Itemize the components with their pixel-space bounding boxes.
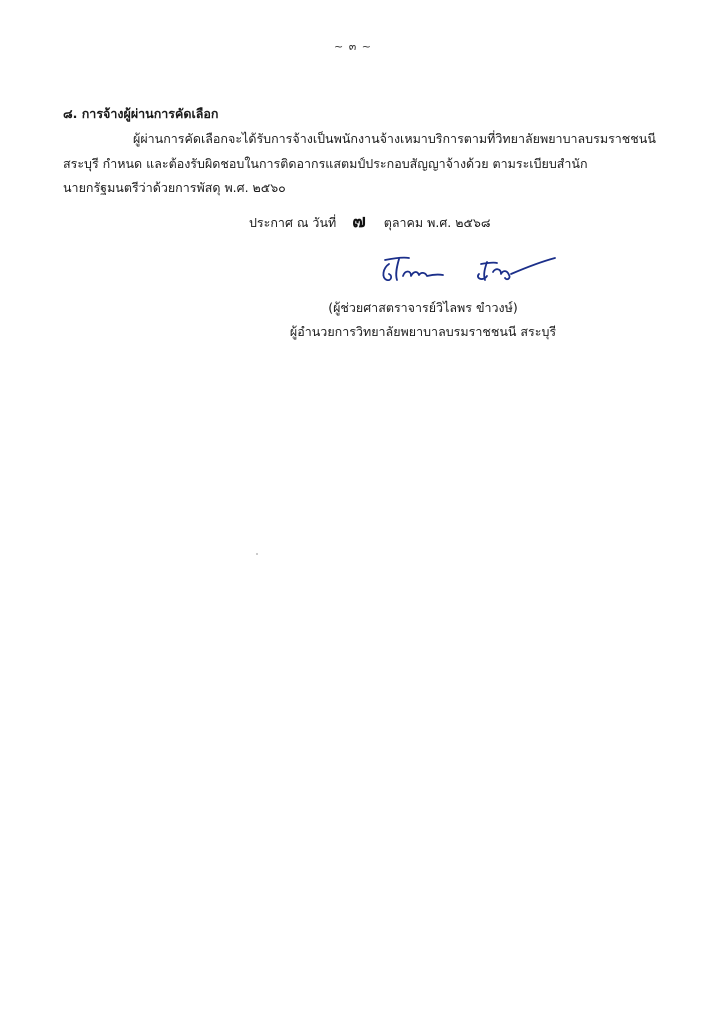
section-heading: ๘. การจ้างผู้ผ่านการคัดเลือก bbox=[63, 104, 219, 124]
paragraph-line-3: นายกรัฐมนตรีว่าด้วยการพัสดุ พ.ศ. ๒๕๖๐ bbox=[63, 178, 286, 198]
paragraph-line-2: สระบุรี กำหนด และต้องรับผิดชอบในการติดอา… bbox=[63, 154, 666, 174]
handwritten-signature-icon bbox=[375, 248, 565, 288]
signer-name: (ผู้ช่วยศาสตราจารย์วิไลพร ขำวงษ์) bbox=[0, 298, 706, 318]
document-page: ~ ๓ ~ ๘. การจ้างผู้ผ่านการคัดเลือก ผู้ผ่… bbox=[0, 0, 706, 1024]
signer-title: ผู้อำนวยการวิทยาลัยพยาบาลบรมราชชนนี สระบ… bbox=[0, 322, 706, 342]
announcement-prefix: ประกาศ ณ วันที่ bbox=[249, 215, 336, 230]
paragraph-line-1: ผู้ผ่านการคัดเลือกจะได้รับการจ้างเป็นพนั… bbox=[133, 129, 666, 149]
page-number: ~ ๓ ~ bbox=[0, 37, 706, 55]
announcement-day: ๗ bbox=[352, 206, 366, 235]
announcement-month-year: ตุลาคม พ.ศ. ๒๕๖๘ bbox=[384, 215, 491, 230]
announcement-date: ประกาศ ณ วันที่ ๗ ตุลาคม พ.ศ. ๒๕๖๘ bbox=[249, 206, 491, 235]
scan-speck bbox=[256, 553, 258, 555]
